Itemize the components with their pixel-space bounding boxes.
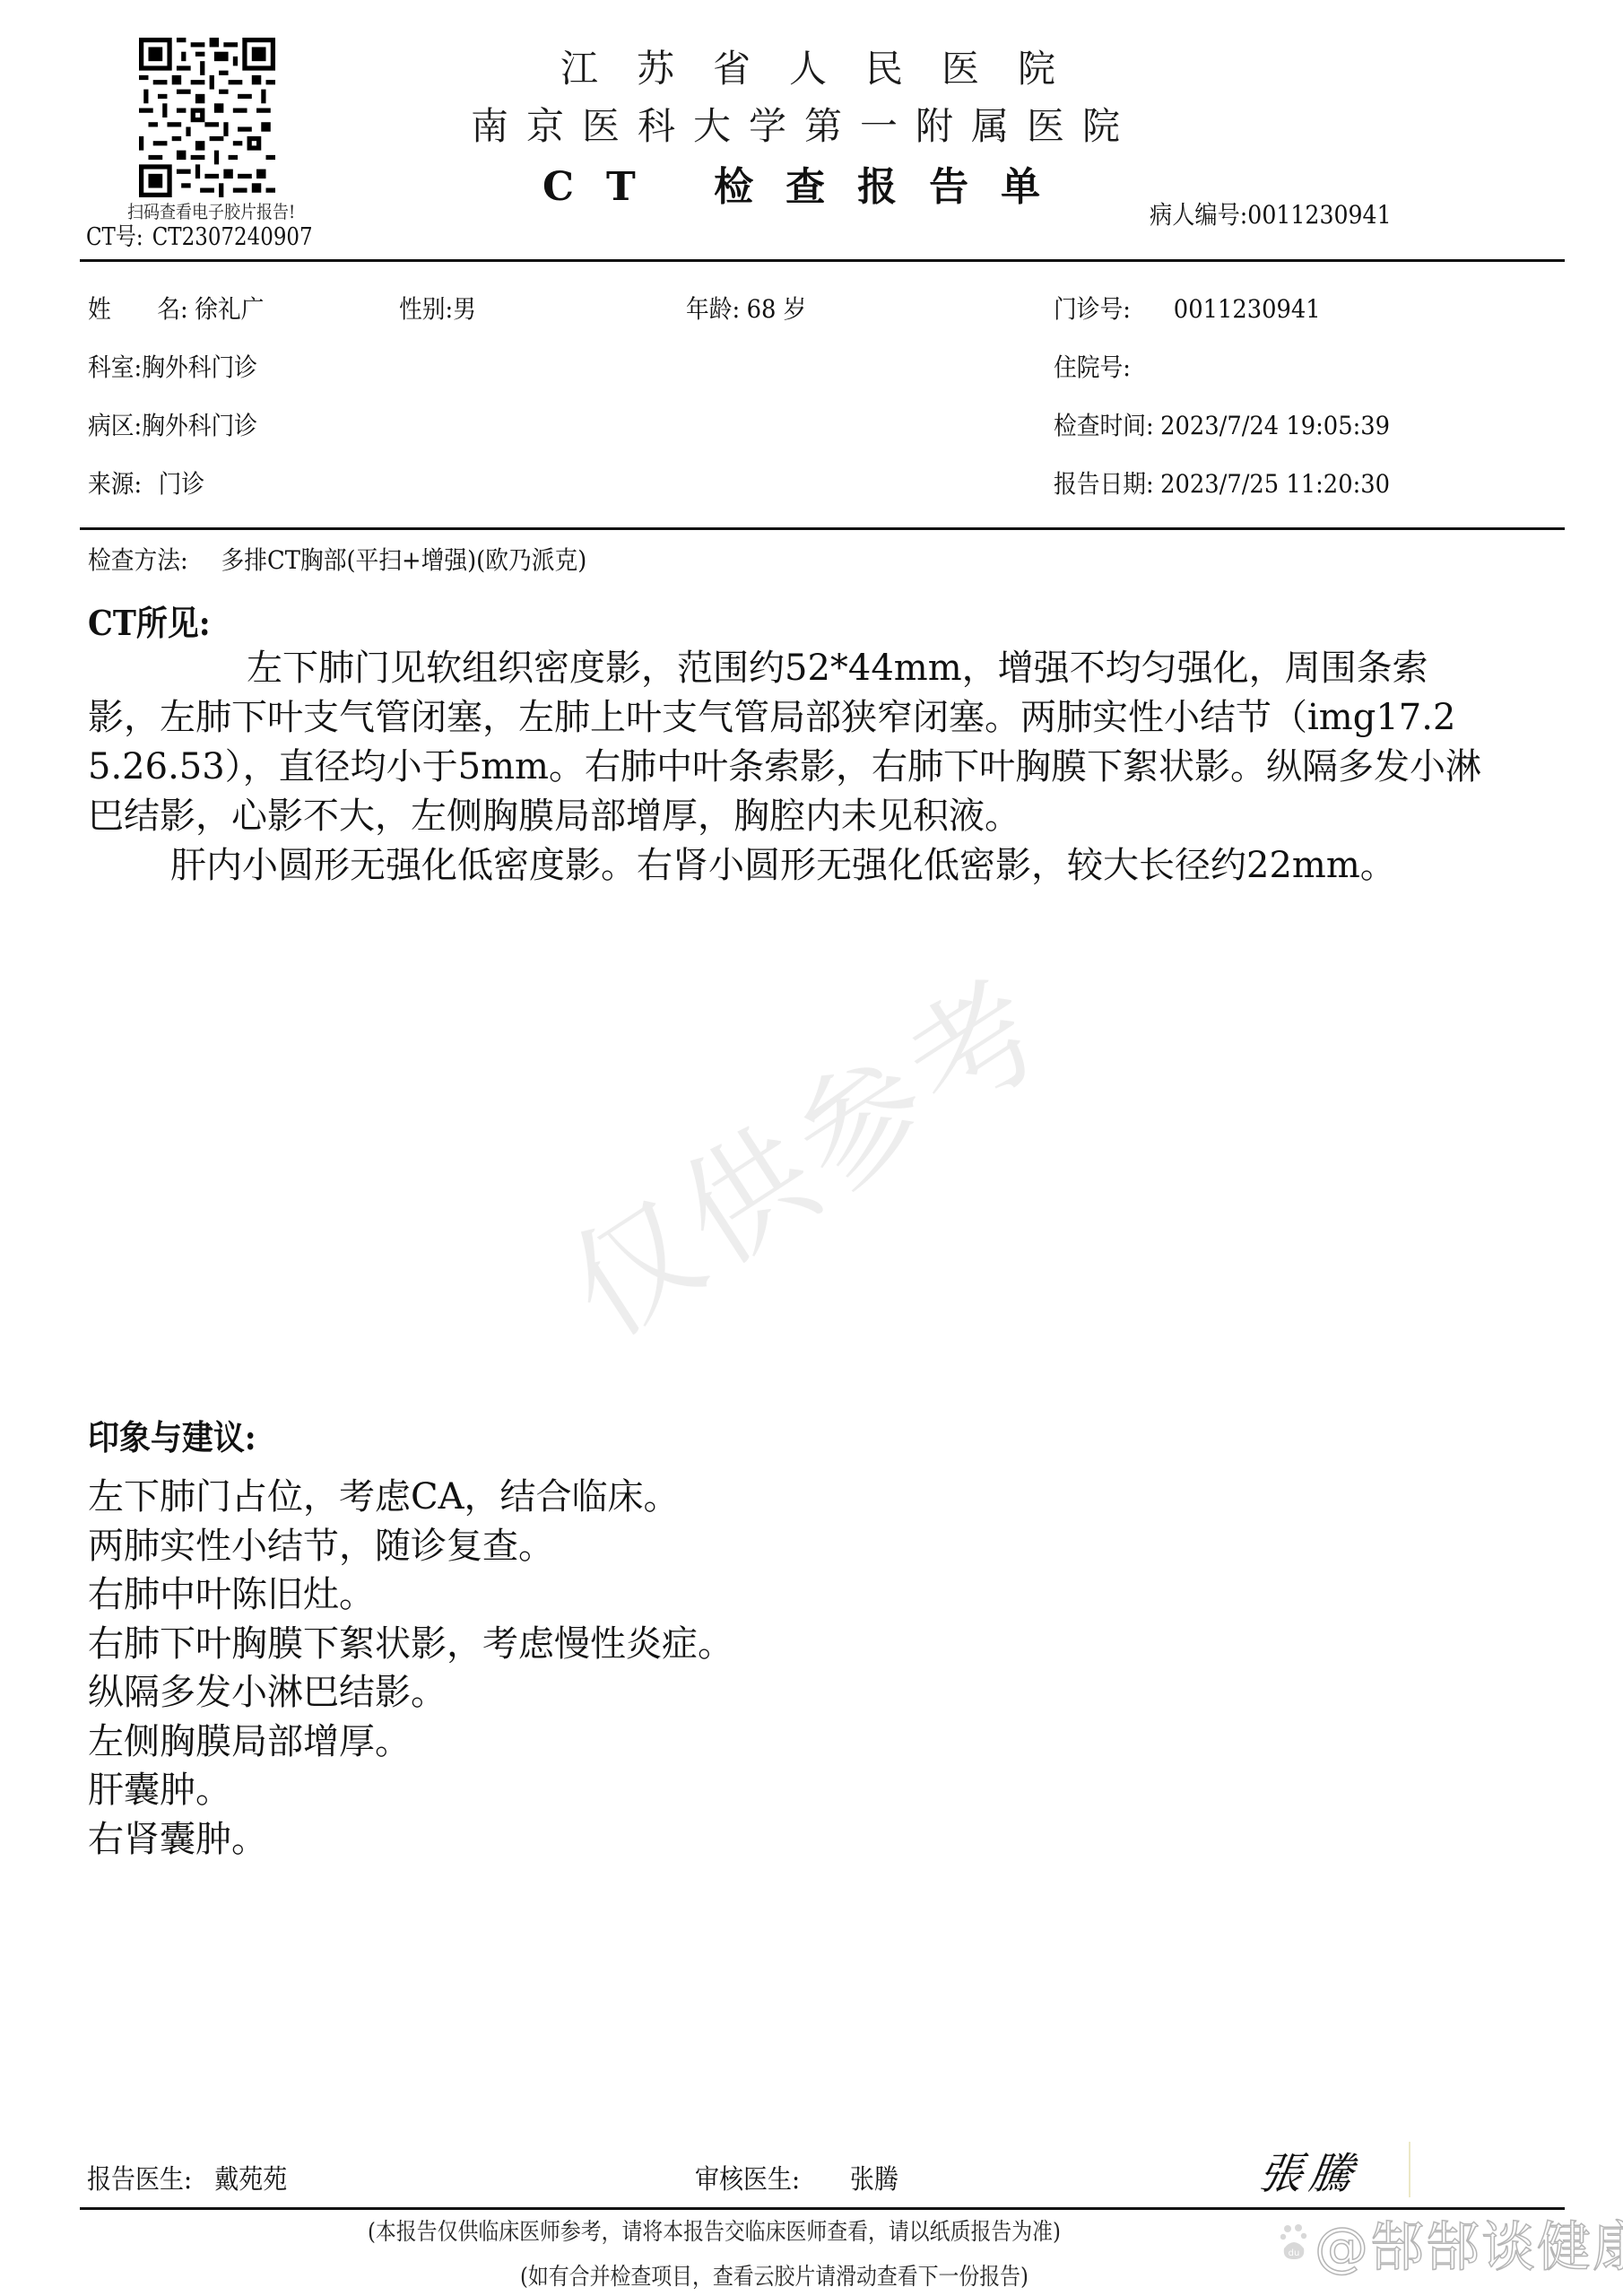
inpatient-no-label: 住院号: [1054,352,1131,382]
field-inpatient-no: 住院号: [1054,348,1137,384]
footer-note-1: (本报告仅供临床医师参考，请将本报告交临床医师查看，请以纸质报告为准) [368,2213,1061,2247]
reference-only-watermark: 仅供参考 [529,926,1079,1370]
baidu-paw-icon: du [1280,2223,1307,2263]
age-label: 年龄: [686,294,740,324]
department-value: 胸外科门诊 [142,352,257,382]
patient-id-label: 病人编号: [1150,200,1247,230]
exam-method-label: 检查方法: [88,545,188,575]
field-age: 年龄:68 岁 [686,290,806,326]
ct-number-label: CT号: [86,223,143,251]
impression-item: 纵隔多发小淋巴结影。 [88,1668,733,1718]
name-value: 徐礼广 [195,294,264,324]
ward-value: 胸外科门诊 [142,411,257,440]
findings-paragraph: 肝内小圆形无强化低密度影。右肾小圆形无强化低密影，较大长径约22mm。 [88,841,1487,891]
source-label: 来源: [88,469,142,499]
exam-time-label: 检查时间: [1054,411,1154,440]
brand-watermark: du @郜郜谈健康 [1280,2212,1623,2274]
findings-title: CT所见: [88,596,211,645]
field-outpatient-no: 门诊号:0011230941 [1054,290,1321,326]
ct-number-value: CT2307240907 [152,223,313,251]
impression-item: 左下肺门占位，考虑CA，结合临床。 [88,1473,733,1522]
reviewer-label: 审核医生: [695,2164,800,2196]
reporter: 报告医生:戴苑苑 [87,2157,287,2196]
name-label: 姓 名: [88,294,188,324]
findings-paragraph: 左下肺门见软组织密度影，范围约52*44mm，增强不均匀强化，周围条索影，左肺下… [88,644,1487,841]
impression-item: 右肺中叶陈旧灶。 [88,1570,733,1620]
field-name: 姓 名:徐礼广 [88,290,264,326]
qr-code-icon [139,38,275,197]
department-label: 科室: [88,352,142,382]
impression-item: 右肾囊肿。 [88,1815,733,1865]
field-sex: 性别:男 [399,290,476,326]
info-divider [80,527,1565,530]
brand-watermark-text: @郜郜谈健康 [1315,2205,1623,2282]
reporter-name: 戴苑苑 [214,2164,287,2196]
footer-divider [80,2207,1565,2210]
patient-id-value: 0011230941 [1247,200,1391,230]
impression-item: 右肺下叶胸膜下絮状影，考虑慢性炎症。 [88,1620,733,1669]
impression-list: 左下肺门占位，考虑CA，结合临床。 两肺实性小结节，随诊复查。 右肺中叶陈旧灶。… [88,1473,733,1864]
impression-title: 印象与建议: [88,1410,256,1459]
age-value: 68 岁 [747,294,807,324]
ward-label: 病区: [88,411,142,440]
field-department: 科室:胸外科门诊 [88,348,257,384]
field-report-date: 报告日期:2023/7/25 11:20:30 [1054,465,1390,500]
field-exam-time: 检查时间:2023/7/24 19:05:39 [1054,406,1390,442]
hospital-name: 江苏省人民医院 [560,39,1094,93]
report-date-label: 报告日期: [1054,469,1154,499]
ct-number: CT号:CT2307240907 [86,217,313,252]
header-divider [80,259,1565,262]
outpatient-no-value: 0011230941 [1174,294,1321,324]
exam-time-value: 2023/7/24 19:05:39 [1160,411,1390,440]
footer-note-2: (如有合并检查项目，查看云胶片请滑动查看下一份报告) [520,2258,1028,2292]
field-source: 来源:门诊 [88,465,204,500]
report-date-value: 2023/7/25 11:20:30 [1160,469,1390,499]
findings-body: 左下肺门见软组织密度影，范围约52*44mm，增强不均匀强化，周围条索影，左肺下… [88,644,1487,891]
sex-label: 性别: [399,294,453,324]
reviewer-name: 张腾 [850,2164,898,2196]
impression-item: 两肺实性小结节，随诊复查。 [88,1522,733,1571]
outpatient-no-label: 门诊号: [1054,294,1131,324]
svg-text:du: du [1289,2248,1300,2258]
qr-code[interactable] [139,38,275,197]
hospital-subname: 南京医科大学第一附属医院 [471,97,1138,151]
exam-method: 检查方法:多排CT胸部(平扫+增强)(欧乃派克) [88,541,586,577]
reviewer-signature: 張騰 [1255,2139,1365,2201]
field-ward: 病区:胸外科门诊 [88,406,257,442]
patient-id: 病人编号:0011230941 [1150,196,1392,231]
reporter-label: 报告医生: [87,2164,192,2196]
reviewer: 审核医生:张腾 [695,2157,898,2196]
exam-method-value: 多排CT胸部(平扫+增强)(欧乃派克) [221,545,587,575]
signature-divider [1409,2142,1410,2197]
impression-item: 肝囊肿。 [88,1766,733,1815]
impression-item: 左侧胸膜局部增厚。 [88,1718,733,1767]
sex-value: 男 [453,294,476,324]
report-title: CT 检查报告单 [542,154,1072,212]
source-value: 门诊 [159,469,205,499]
